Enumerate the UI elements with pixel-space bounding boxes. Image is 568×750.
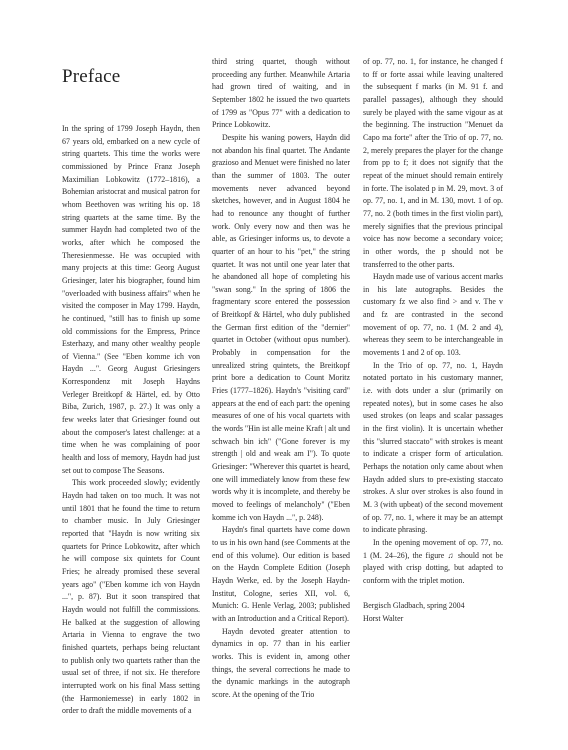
signature-place-date: Bergisch Gladbach, spring 2004: [363, 600, 503, 613]
paragraph: In the Trio of op. 77, no. 1, Haydn nota…: [363, 360, 503, 537]
text-column-1: In the spring of 1799 Joseph Haydn, then…: [62, 123, 200, 718]
paragraph: In the spring of 1799 Joseph Haydn, then…: [62, 123, 200, 477]
page-title: Preface: [62, 66, 120, 88]
paragraph: third string quartet, though without pro…: [212, 56, 350, 132]
paragraph: of op. 77, no. 1, for instance, he chang…: [363, 56, 503, 271]
text-column-3: of op. 77, no. 1, for instance, he chang…: [363, 56, 503, 626]
signature-author: Horst Walter: [363, 613, 503, 626]
paragraph: Haydn made use of various accent marks i…: [363, 271, 503, 360]
paragraph: Haydn's final quartets have come down to…: [212, 524, 350, 625]
paragraph: Haydn devoted greater attention to dynam…: [212, 626, 350, 702]
paragraph: This work proceeded slowly; evidently Ha…: [62, 477, 200, 717]
paragraph: In the opening movement of op. 77, no. 1…: [363, 537, 503, 588]
paragraph: Despite his waning powers, Haydn did not…: [212, 132, 350, 524]
text-column-2: third string quartet, though without pro…: [212, 56, 350, 701]
